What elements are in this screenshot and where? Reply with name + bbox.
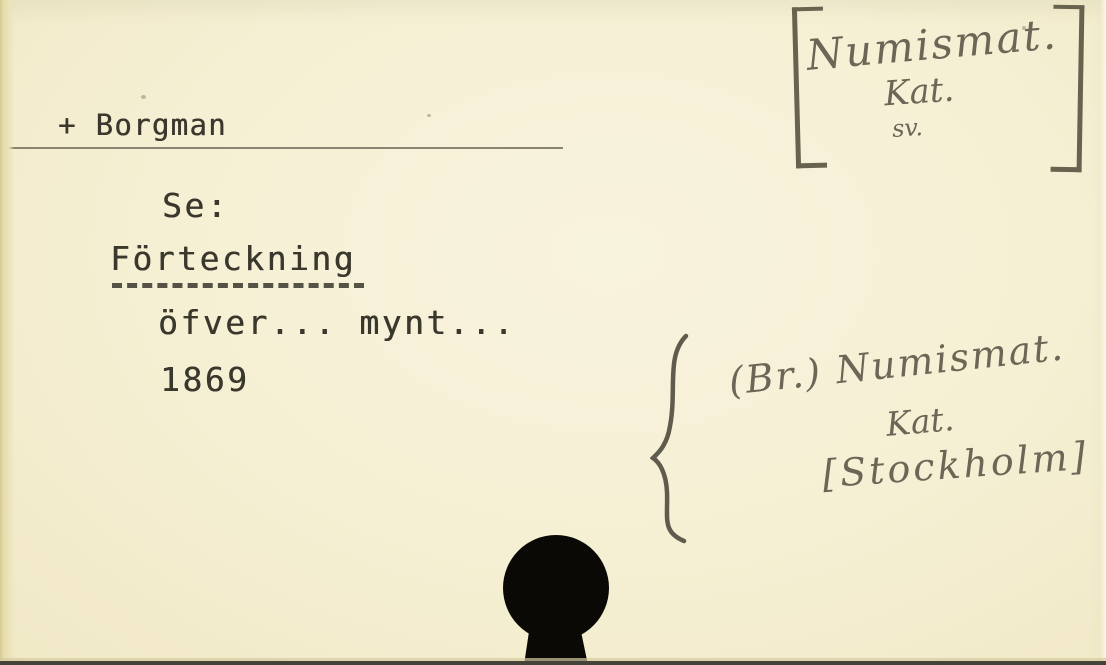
annotation-line: Kat. bbox=[884, 399, 955, 444]
see-reference-label: Se: bbox=[162, 186, 229, 225]
publication-year: 1869 bbox=[160, 360, 249, 399]
title-dashed-underline bbox=[112, 255, 364, 288]
curly-brace-mark bbox=[650, 330, 694, 546]
heading-rule bbox=[2, 147, 563, 149]
scan-speck bbox=[1022, 26, 1026, 30]
scan-speck bbox=[427, 114, 431, 117]
card-bottom-edge bbox=[0, 661, 1106, 665]
annotation-line: [Stockholm] bbox=[821, 434, 1090, 496]
catalog-card-scan: + Borgman Se: Förteckning öfver... mynt.… bbox=[0, 0, 1106, 665]
card-heading: + Borgman bbox=[58, 108, 227, 142]
annotation-line: Numismat. bbox=[804, 9, 1059, 80]
annotation-line: (Br.) Numismat. bbox=[727, 324, 1067, 403]
card-left-edge bbox=[0, 0, 14, 665]
punch-hole bbox=[498, 532, 620, 665]
scan-speck bbox=[141, 95, 146, 99]
annotation-line: sv. bbox=[891, 113, 924, 143]
card-right-edge bbox=[1100, 0, 1106, 665]
annotation-line: Kat. bbox=[883, 70, 956, 115]
title-continuation: öfver... mynt... bbox=[158, 303, 516, 342]
